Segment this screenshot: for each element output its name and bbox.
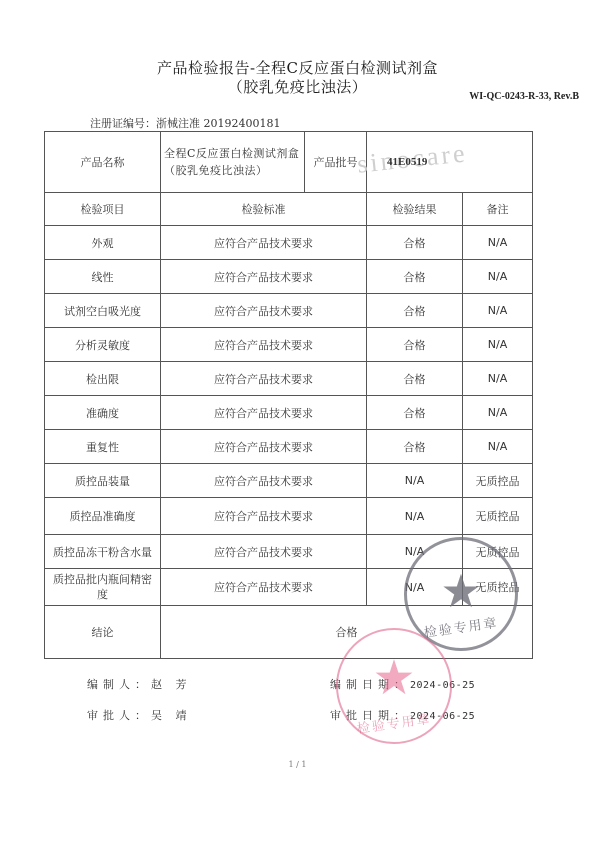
approved-by-name: 吴 靖 [151, 709, 192, 722]
row-result: 合格 [367, 260, 463, 294]
row-item: 线性 [45, 260, 161, 294]
col-header-result: 检验结果 [367, 193, 463, 226]
row-note: N/A [463, 396, 533, 430]
table-row: 试剂空白吸光度 应符合产品技术要求 合格 N/A [45, 294, 533, 328]
table-row: 质控品装量 应符合产品技术要求 N/A 无质控品 [45, 464, 533, 498]
product-name-label: 产品名称 [45, 132, 161, 193]
row-item: 质控品装量 [45, 464, 161, 498]
batch-value: 41E0519 [387, 156, 427, 168]
row-result: N/A [367, 464, 463, 498]
approved-date: 审批日期：2024-06-25 [330, 707, 475, 723]
row-note: N/A [463, 226, 533, 260]
approved-by: 审批人：吴 靖 [87, 707, 192, 723]
row-note: N/A [463, 260, 533, 294]
prepared-by: 编制人：赵 芳 [87, 676, 192, 692]
row-note: 无质控品 [463, 535, 533, 569]
row-standard: 应符合产品技术要求 [161, 396, 367, 430]
row-note: 无质控品 [463, 569, 533, 606]
col-header-item: 检验项目 [45, 193, 161, 226]
row-note: N/A [463, 328, 533, 362]
inspection-table: 产品名称 全程C反应蛋白检测试剂盒（胶乳免疫比浊法） 产品批号 sinocare… [44, 131, 533, 659]
registration-number: 注册证编号：浙械注准 20192400181 [90, 115, 280, 131]
row-result: N/A [367, 569, 463, 606]
product-row: 产品名称 全程C反应蛋白检测试剂盒（胶乳免疫比浊法） 产品批号 sinocare… [45, 132, 533, 193]
row-result: N/A [367, 498, 463, 535]
table-row: 质控品冻干粉含水量 应符合产品技术要求 N/A 无质控品 [45, 535, 533, 569]
row-standard: 应符合产品技术要求 [161, 362, 367, 396]
table-row: 准确度 应符合产品技术要求 合格 N/A [45, 396, 533, 430]
table-header-row: 检验项目 检验标准 检验结果 备注 [45, 193, 533, 226]
row-item: 质控品批内瓶间精密度 [45, 569, 161, 606]
table-row: 分析灵敏度 应符合产品技术要求 合格 N/A [45, 328, 533, 362]
table-row: 外观 应符合产品技术要求 合格 N/A [45, 226, 533, 260]
row-item: 外观 [45, 226, 161, 260]
batch-cell: sinocare 41E0519 [367, 132, 533, 193]
table-row: 质控品准确度 应符合产品技术要求 N/A 无质控品 [45, 498, 533, 535]
approved-date-value: 2024-06-25 [410, 711, 475, 722]
row-result: 合格 [367, 430, 463, 464]
conclusion-value: 合格 [161, 606, 533, 659]
prepared-date-value: 2024-06-25 [410, 680, 475, 691]
col-header-standard: 检验标准 [161, 193, 367, 226]
row-note: N/A [463, 430, 533, 464]
row-result: 合格 [367, 294, 463, 328]
row-standard: 应符合产品技术要求 [161, 260, 367, 294]
table-row: 检出限 应符合产品技术要求 合格 N/A [45, 362, 533, 396]
col-header-note: 备注 [463, 193, 533, 226]
table-row: 线性 应符合产品技术要求 合格 N/A [45, 260, 533, 294]
row-note: 无质控品 [463, 498, 533, 535]
row-result: 合格 [367, 396, 463, 430]
row-result: 合格 [367, 328, 463, 362]
row-note: N/A [463, 362, 533, 396]
approved-by-label: 审批人： [87, 709, 151, 722]
row-standard: 应符合产品技术要求 [161, 535, 367, 569]
prepared-by-name: 赵 芳 [151, 678, 192, 691]
prepared-date: 编制日期：2024-06-25 [330, 676, 475, 692]
row-result: N/A [367, 535, 463, 569]
prepared-by-label: 编制人： [87, 678, 151, 691]
row-item: 分析灵敏度 [45, 328, 161, 362]
row-standard: 应符合产品技术要求 [161, 226, 367, 260]
row-standard: 应符合产品技术要求 [161, 464, 367, 498]
conclusion-row: 结论 合格 [45, 606, 533, 659]
row-item: 检出限 [45, 362, 161, 396]
product-name-value: 全程C反应蛋白检测试剂盒（胶乳免疫比浊法） [161, 132, 305, 193]
row-item: 重复性 [45, 430, 161, 464]
prepared-date-label: 编制日期： [330, 678, 410, 691]
row-note: 无质控品 [463, 464, 533, 498]
row-item: 质控品准确度 [45, 498, 161, 535]
report-title: 产品检验报告-全程C反应蛋白检测试剂盒 [0, 57, 595, 78]
approved-date-label: 审批日期： [330, 709, 410, 722]
page-number: 1 / 1 [0, 760, 595, 769]
row-item: 质控品冻干粉含水量 [45, 535, 161, 569]
document-number: WI-QC-0243-R-33, Rev.B [469, 91, 579, 102]
table-row: 质控品批内瓶间精密度 应符合产品技术要求 N/A 无质控品 [45, 569, 533, 606]
row-standard: 应符合产品技术要求 [161, 569, 367, 606]
row-standard: 应符合产品技术要求 [161, 294, 367, 328]
row-standard: 应符合产品技术要求 [161, 328, 367, 362]
table-row: 重复性 应符合产品技术要求 合格 N/A [45, 430, 533, 464]
conclusion-label: 结论 [45, 606, 161, 659]
row-note: N/A [463, 294, 533, 328]
row-result: 合格 [367, 226, 463, 260]
row-standard: 应符合产品技术要求 [161, 498, 367, 535]
row-item: 准确度 [45, 396, 161, 430]
row-item: 试剂空白吸光度 [45, 294, 161, 328]
row-standard: 应符合产品技术要求 [161, 430, 367, 464]
row-result: 合格 [367, 362, 463, 396]
